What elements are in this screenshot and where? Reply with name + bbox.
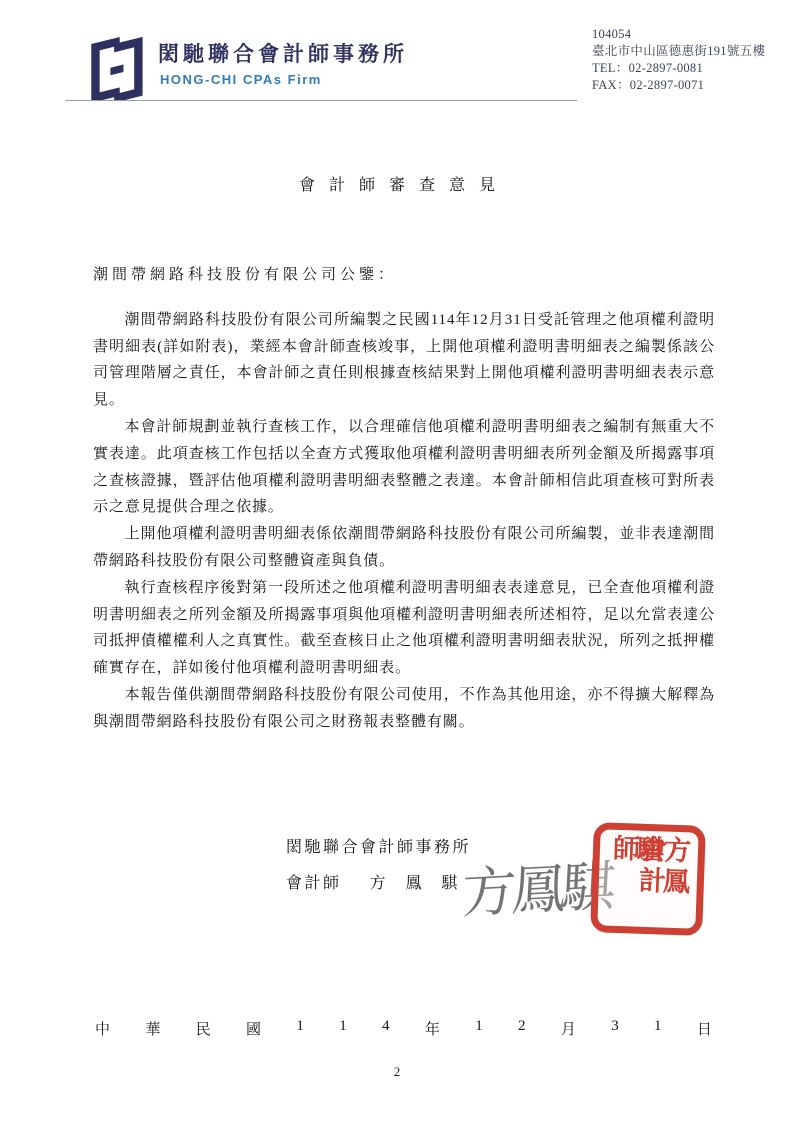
date-char: 1	[296, 1018, 304, 1039]
paragraph-5: 本報告僅供潮間帶網路科技股份有限公司使用，不作為其他用途，亦不得擴大解釋為與潮間…	[93, 682, 715, 736]
paragraph-1: 潮間帶網路科技股份有限公司所編製之民國114年12月31日受託管理之他項權利證明…	[93, 307, 715, 414]
date-char: 日	[697, 1018, 712, 1039]
date-char: 年	[425, 1018, 440, 1039]
date-char: 3	[611, 1018, 619, 1039]
roc-date-line: 中 華 民 國 1 1 4 年 1 2 月 3 1 日	[95, 1018, 712, 1039]
paragraph-2: 本會計師規劃並執行查核工作，以合理確信他項權利證明書明細表之編制有無重大不實表達…	[93, 414, 715, 521]
letterhead: 閎馳聯合會計師事務所 HONG-CHI CPAs Firm 104054 臺北市…	[0, 26, 794, 110]
fax-line: FAX：02-2897-0071	[592, 77, 765, 94]
date-char: 1	[475, 1018, 483, 1039]
document-body: 潮間帶網路科技股份有限公司公鑒： 潮間帶網路科技股份有限公司所編製之民國114年…	[93, 262, 715, 736]
audit-report-page: 閎馳聯合會計師事務所 HONG-CHI CPAs Firm 104054 臺北市…	[0, 0, 794, 1123]
firm-logo-icon	[88, 28, 144, 100]
date-char: 月	[561, 1018, 576, 1039]
firm-name-en: HONG-CHI CPAs Firm	[160, 72, 322, 87]
date-char: 中	[95, 1018, 110, 1039]
postal-code: 104054	[592, 26, 765, 43]
date-char: 1	[339, 1018, 347, 1039]
document-title: 會計師審查意見	[0, 172, 794, 195]
contact-block: 104054 臺北市中山區德惠街191號五樓 TEL：02-2897-0081 …	[592, 26, 765, 94]
date-char: 華	[145, 1018, 160, 1039]
date-char: 1	[654, 1018, 662, 1039]
firm-name-zh: 閎馳聯合會計師事務所	[158, 38, 408, 68]
address-line: 臺北市中山區德惠街191號五樓	[592, 43, 765, 60]
seal-left-column: 會計師	[607, 834, 664, 924]
paragraph-4: 執行查核程序後對第一段所述之他項權利證明書明細表表達意見，已全查他項權利證明書明…	[93, 575, 715, 682]
accountant-label: 會計師	[286, 875, 342, 892]
date-char: 4	[382, 1018, 390, 1039]
salutation: 潮間帶網路科技股份有限公司公鑒：	[93, 262, 715, 289]
signature-firm-name: 閎馳聯合會計師事務所	[286, 834, 471, 857]
date-char: 國	[246, 1018, 261, 1039]
date-char: 2	[518, 1018, 526, 1039]
header-divider	[65, 100, 577, 101]
date-char: 民	[196, 1018, 211, 1039]
signature-accountant-line: 會計師方鳳騏	[286, 870, 478, 893]
page-number: 2	[0, 1064, 794, 1080]
tel-line: TEL：02-2897-0081	[592, 60, 765, 77]
paragraph-3: 上開他項權利證明書明細表係依潮間帶網路科技股份有限公司所編製，並非表達潮間帶網路…	[93, 521, 715, 575]
accountant-seal-stamp: 方鳳騏 會計師	[590, 822, 706, 936]
